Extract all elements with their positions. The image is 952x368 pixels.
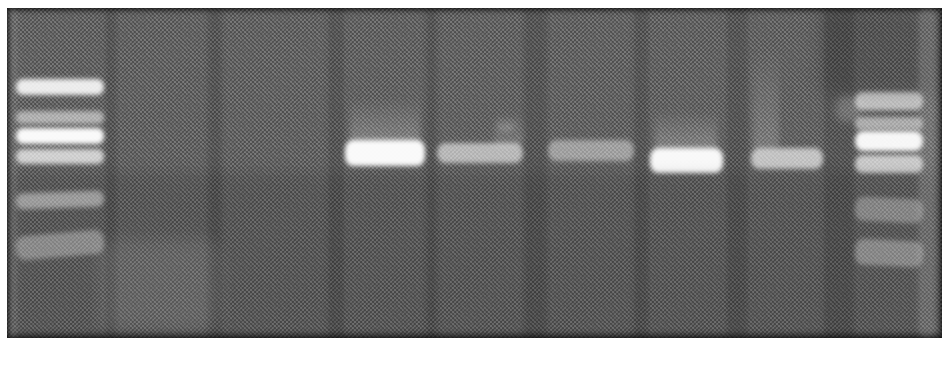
right-edge-light-strip [918,8,936,338]
dna-band [437,143,523,163]
dna-band [855,117,923,130]
bottom-left-glow [100,240,220,330]
dna-band [16,149,104,164]
dna-band [650,148,723,173]
dna-band [548,140,634,161]
dna-band [16,111,104,124]
inter-lane-glow [836,96,860,122]
dna-smear [753,46,779,150]
gel-photo-figure [0,0,952,368]
dna-band [855,131,923,151]
dna-band [345,140,425,166]
dna-band [16,79,104,95]
dna-smear [350,98,420,144]
dna-band [751,148,823,169]
dna-band [16,128,104,144]
dna-smear [497,117,515,131]
gel-photo [7,8,942,338]
left-edge-streak [7,8,17,338]
dna-band [855,92,923,110]
dna-smear [655,110,717,152]
dna-band [855,155,923,173]
